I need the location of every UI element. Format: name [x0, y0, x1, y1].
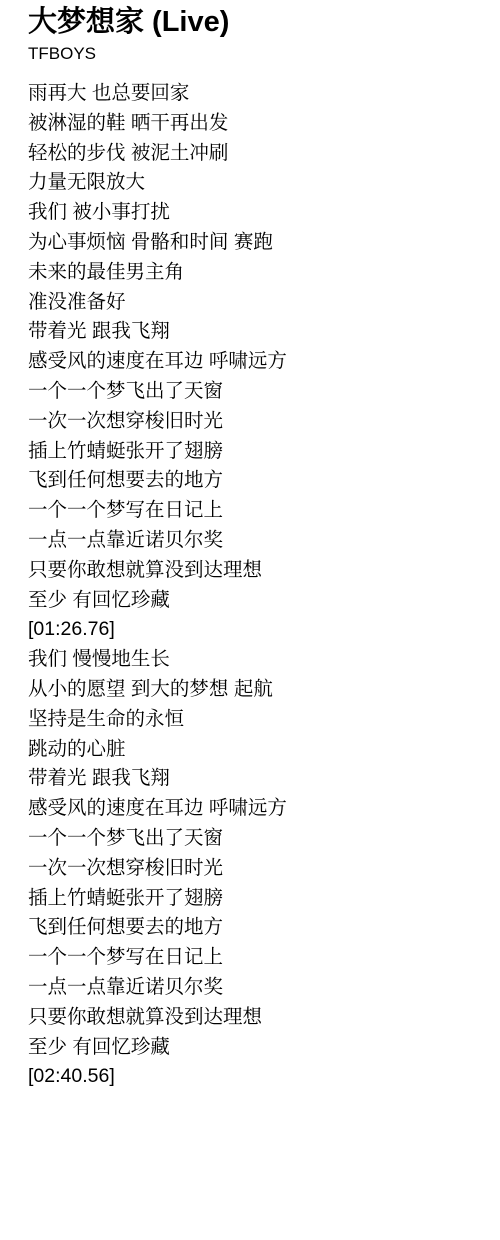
lyric-line: 跳动的心脏	[28, 735, 480, 765]
lyric-line: 一点一点靠近诺贝尔奖	[28, 973, 480, 1003]
lyric-line: 为心事烦恼 骨骼和时间 赛跑	[28, 228, 480, 258]
lyric-line: 一个一个梦飞出了天窗	[28, 824, 480, 854]
lyrics-list: 雨再大 也总要回家被淋湿的鞋 晒干再出发轻松的步伐 被泥土冲刷力量无限放大我们 …	[28, 79, 480, 1092]
lyrics-page: 大梦想家 (Live) TFBOYS 雨再大 也总要回家被淋湿的鞋 晒干再出发轻…	[28, 3, 480, 1092]
lyric-line: 飞到任何想要去的地方	[28, 913, 480, 943]
artist-name: TFBOYS	[28, 43, 480, 65]
lyric-line: 只要你敢想就算没到达理想	[28, 556, 480, 586]
lyric-line: 我们 被小事打扰	[28, 198, 480, 228]
lyric-line: 飞到任何想要去的地方	[28, 466, 480, 496]
lyric-line: 坚持是生命的永恒	[28, 705, 480, 735]
lyric-line: 轻松的步伐 被泥土冲刷	[28, 139, 480, 169]
lyric-line: 一个一个梦写在日记上	[28, 943, 480, 973]
lyric-line: 雨再大 也总要回家	[28, 79, 480, 109]
lyric-line: 一次一次想穿梭旧时光	[28, 854, 480, 884]
lyric-line: 插上竹蜻蜓张开了翅膀	[28, 437, 480, 467]
lyric-line: 一个一个梦写在日记上	[28, 496, 480, 526]
lyric-line: 一个一个梦飞出了天窗	[28, 377, 480, 407]
lyric-line: 一次一次想穿梭旧时光	[28, 407, 480, 437]
lyric-line: 从小的愿望 到大的梦想 起航	[28, 675, 480, 705]
lyric-line: 感受风的速度在耳边 呼啸远方	[28, 794, 480, 824]
lyric-line: 未来的最佳男主角	[28, 258, 480, 288]
lyric-line: 至少 有回忆珍藏	[28, 1033, 480, 1063]
lyric-line: 被淋湿的鞋 晒干再出发	[28, 109, 480, 139]
lyric-line: 带着光 跟我飞翔	[28, 317, 480, 347]
lyric-line: 力量无限放大	[28, 168, 480, 198]
lyric-line: [01:26.76]	[28, 615, 480, 645]
lyric-line: 一点一点靠近诺贝尔奖	[28, 526, 480, 556]
lyric-line: 只要你敢想就算没到达理想	[28, 1003, 480, 1033]
lyric-line: 带着光 跟我飞翔	[28, 764, 480, 794]
lyric-line: 准没准备好	[28, 288, 480, 318]
lyric-line: 我们 慢慢地生长	[28, 645, 480, 675]
song-header: 大梦想家 (Live) TFBOYS	[28, 3, 480, 65]
lyric-line: 插上竹蜻蜓张开了翅膀	[28, 884, 480, 914]
lyric-line: 至少 有回忆珍藏	[28, 586, 480, 616]
lyric-line: [02:40.56]	[28, 1062, 480, 1092]
lyric-line: 感受风的速度在耳边 呼啸远方	[28, 347, 480, 377]
song-title: 大梦想家 (Live)	[28, 3, 480, 41]
